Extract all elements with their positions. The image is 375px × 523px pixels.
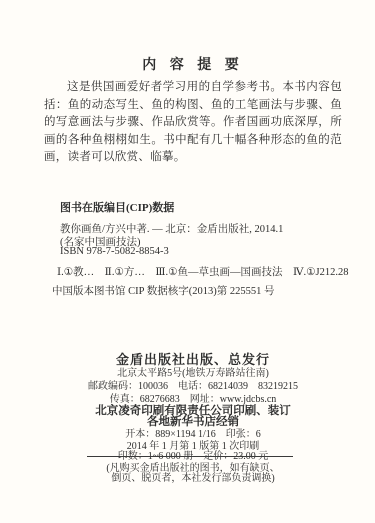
cip-isbn-line: ISBN 978-7-5082-8854-3 (60, 246, 169, 257)
content-summary-paragraph: 这是供国画爱好者学习用的自学参考书。本书内容包括：鱼的动态写生、鱼的构图、鱼的工… (44, 79, 342, 167)
cip-classification-line: Ⅰ.①教… Ⅱ.①方… Ⅲ.①鱼—草虫画—国画技法 Ⅳ.①J212.28 (57, 264, 349, 279)
book-copyright-page: 内 容 提 要 这是供国画爱好者学习用的自学参考书。本书内容包括：鱼的动态写生、… (0, 0, 375, 523)
cip-heading: 图书在版编目(CIP)数据 (60, 199, 174, 215)
note-divider-rule (87, 456, 293, 457)
exchange-note-line2: 倒页、脱页者，本社发行部负责调换) (11, 469, 375, 484)
cip-record-number-line: 中国版本图书馆 CIP 数据核字(2013)第 225551 号 (52, 283, 274, 298)
content-summary-title: 内 容 提 要 (11, 54, 375, 74)
